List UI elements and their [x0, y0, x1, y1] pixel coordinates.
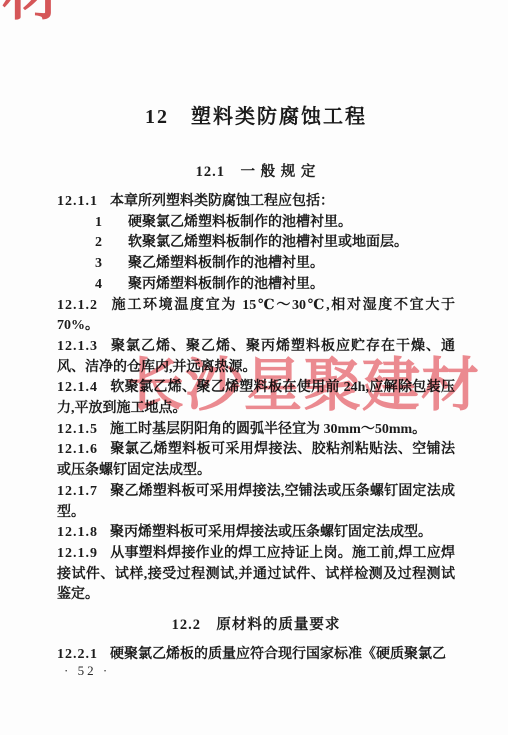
- item-text: 软聚氯乙烯塑料板制作的池槽衬里或地面层。: [128, 235, 408, 250]
- list-item-1: 1硬聚氯乙烯塑料板制作的池槽衬里。: [57, 213, 455, 234]
- clause-number: 12.1.3: [57, 339, 98, 354]
- clause-text: 软聚氯乙烯、聚乙烯塑料板在使用前 24h,应解除包装压力,平放到施工地点。: [57, 380, 455, 416]
- clause-12-1-1: 12.1.1本章所列塑料类防腐蚀工程应包括：: [57, 192, 455, 213]
- clause-number: 12.1.1: [57, 194, 98, 209]
- clause-text: 聚氯乙烯塑料板可采用焊接法、胶粘剂粘贴法、空铺法或压条螺钉固定法成型。: [57, 442, 455, 478]
- clause-number: 12.1.8: [57, 525, 98, 540]
- clause-number: 12.1.4: [57, 380, 98, 395]
- item-number: 1: [95, 213, 128, 234]
- list-item-2: 2软聚氯乙烯塑料板制作的池槽衬里或地面层。: [57, 233, 455, 254]
- watermark-corner-fragment: 材: [2, 0, 62, 24]
- clause-text: 聚乙烯塑料板可采用焊接法,空铺法或压条螺钉固定法成型。: [57, 484, 455, 520]
- clause-number: 12.2.1: [57, 647, 98, 662]
- clause-text: 本章所列塑料类防腐蚀工程应包括：: [110, 194, 334, 209]
- clause-12-1-9: 12.1.9从事塑料焊接作业的焊工应持证上岗。施工前,焊工应焊接试件、试样,接受…: [57, 544, 455, 606]
- clause-number: 12.1.2: [57, 298, 98, 313]
- page-number: · 52 ·: [64, 663, 110, 679]
- chapter-title: 12 塑料类防腐蚀工程: [57, 104, 455, 130]
- clause-text: 硬聚氯乙烯板的质量应符合现行国家标准《硬质聚氯乙: [110, 647, 446, 662]
- clause-12-1-4: 12.1.4软聚氯乙烯、聚乙烯塑料板在使用前 24h,应解除包装压力,平放到施工…: [57, 378, 455, 419]
- clause-text: 施工时基层阴阳角的圆弧半径宜为 30mm～50mm。: [110, 422, 426, 437]
- item-number: 2: [95, 233, 128, 254]
- clause-12-1-3: 12.1.3聚氯乙烯、聚乙烯、聚丙烯塑料板应贮存在干燥、通风、洁净的仓库内,并远…: [57, 337, 455, 378]
- clause-12-1-2: 12.1.2施工环境温度宜为 15℃～30℃,相对湿度不宜大于 70%。: [57, 296, 455, 337]
- clause-12-2-1: 12.2.1硬聚氯乙烯板的质量应符合现行国家标准《硬质聚氯乙: [57, 645, 455, 666]
- clause-number: 12.1.7: [57, 484, 98, 499]
- scanned-standard-page: 材 长沙星聚建材 12 塑料类防腐蚀工程 12.1 一 般 规 定 12.1.1…: [0, 0, 508, 735]
- clause-12-1-5: 12.1.5施工时基层阴阳角的圆弧半径宜为 30mm～50mm。: [57, 420, 455, 441]
- section-heading-12-2: 12.2 原材料的质量要求: [57, 616, 455, 634]
- list-item-4: 4聚丙烯塑料板制作的池槽衬里。: [57, 275, 455, 296]
- clause-number: 12.1.5: [57, 422, 98, 437]
- page-content: 12 塑料类防腐蚀工程 12.1 一 般 规 定 12.1.1本章所列塑料类防腐…: [57, 0, 455, 666]
- clause-text: 施工环境温度宜为 15℃～30℃,相对湿度不宜大于 70%。: [57, 298, 455, 334]
- clause-12-1-7: 12.1.7聚乙烯塑料板可采用焊接法,空铺法或压条螺钉固定法成型。: [57, 482, 455, 523]
- clause-12-1-6: 12.1.6聚氯乙烯塑料板可采用焊接法、胶粘剂粘贴法、空铺法或压条螺钉固定法成型…: [57, 440, 455, 481]
- item-text: 硬聚氯乙烯塑料板制作的池槽衬里。: [128, 215, 352, 230]
- clause-text: 从事塑料焊接作业的焊工应持证上岗。施工前,焊工应焊接试件、试样,接受过程测试,并…: [57, 546, 455, 602]
- clause-text: 聚氯乙烯、聚乙烯、聚丙烯塑料板应贮存在干燥、通风、洁净的仓库内,并远离热源。: [57, 339, 455, 375]
- item-number: 4: [95, 275, 128, 296]
- list-item-3: 3聚乙烯塑料板制作的池槽衬里。: [57, 254, 455, 275]
- clause-text: 聚丙烯塑料板可采用焊接法或压条螺钉固定法成型。: [110, 525, 432, 540]
- item-number: 3: [95, 254, 128, 275]
- item-text: 聚丙烯塑料板制作的池槽衬里。: [128, 277, 324, 292]
- item-text: 聚乙烯塑料板制作的池槽衬里。: [128, 256, 324, 271]
- clause-number: 12.1.6: [57, 442, 98, 457]
- section-heading-12-1: 12.1 一 般 规 定: [57, 163, 455, 181]
- clause-number: 12.1.9: [57, 546, 98, 561]
- clause-12-1-8: 12.1.8聚丙烯塑料板可采用焊接法或压条螺钉固定法成型。: [57, 523, 455, 544]
